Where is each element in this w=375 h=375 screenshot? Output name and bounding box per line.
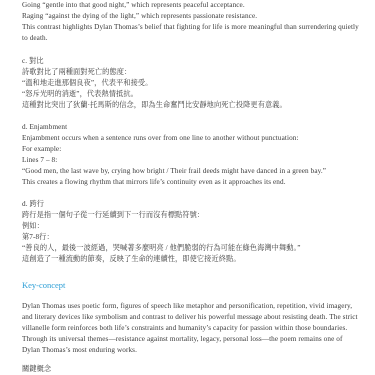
section-enjambment-en: d. Enjambment Enjambment occurs when a s… — [22, 122, 361, 188]
enjambment-zh-line-definition: 跨行是指一個句子從一行延續到下一行而沒有標點符號： — [22, 210, 361, 221]
key-concept-heading: Key-concept — [22, 280, 361, 291]
key-concept-zh-heading: 關鍵概念 — [22, 364, 361, 375]
document-content: Going “gentle into that good night,” whi… — [0, 0, 375, 375]
enjambment-en-line-for-example: For example: — [22, 144, 361, 155]
section-key-concept: Key-concept — [22, 280, 361, 291]
contrast-en-line-raging: Raging “against the dying of the light,”… — [22, 11, 361, 22]
enjambment-zh-line-for-example: 例如： — [22, 221, 361, 232]
contrast-zh-line-belief: 這種對比突出了狄蘭·托馬斯的信念，即為生命奮鬥比安靜地向死亡投降更有意義。 — [22, 100, 361, 111]
document-page: Going “gentle into that good night,” whi… — [0, 0, 375, 375]
enjambment-zh-line-quote: “善良的人，最後一波經過，哭喊著多麼明亮 / 他們脆弱的行為可能在綠色海灣中舞動… — [22, 243, 361, 254]
enjambment-en-line-quote: “Good men, the last wave by, crying how … — [22, 166, 361, 177]
enjambment-zh-line-lines-7-8: 第7-8行： — [22, 232, 361, 243]
contrast-zh-heading: c. 對比 — [22, 56, 361, 67]
contrast-en-line-belief: This contrast highlights Dylan Thomas’s … — [22, 22, 361, 44]
section-contrast-analysis-en: Going “gentle into that good night,” whi… — [22, 0, 361, 44]
contrast-zh-line-attitudes: 詩歌對比了兩種面對死亡的態度： — [22, 67, 361, 78]
section-contrast-analysis-zh: c. 對比 詩歌對比了兩種面對死亡的態度： “溫和地走進那個良夜”，代表平和接受… — [22, 56, 361, 111]
contrast-en-line-going: Going “gentle into that good night,” whi… — [22, 0, 361, 11]
enjambment-zh-heading: d. 跨行 — [22, 199, 361, 210]
section-key-concept-zh: 關鍵概念 — [22, 364, 361, 375]
enjambment-en-heading: d. Enjambment — [22, 122, 361, 133]
section-enjambment-zh: d. 跨行 跨行是指一個句子從一行延續到下一行而沒有標點符號： 例如： 第7-8… — [22, 199, 361, 265]
enjambment-zh-line-rhythm: 這創造了一種流動的節奏，反映了生命的連續性，即使它接近終點。 — [22, 254, 361, 265]
key-concept-paragraph: Dylan Thomas uses poetic form, figures o… — [22, 301, 361, 356]
contrast-zh-line-rage: “怒斥光明的消逝”，代表熱情抵抗。 — [22, 89, 361, 100]
contrast-zh-line-gentle: “溫和地走進那個良夜”，代表平和接受。 — [22, 78, 361, 89]
enjambment-en-line-definition: Enjambment occurs when a sentence runs o… — [22, 133, 361, 144]
section-key-concept-body: Dylan Thomas uses poetic form, figures o… — [22, 301, 361, 356]
enjambment-en-line-rhythm: This creates a flowing rhythm that mirro… — [22, 177, 361, 188]
enjambment-en-line-lines-7-8: Lines 7 – 8: — [22, 155, 361, 166]
